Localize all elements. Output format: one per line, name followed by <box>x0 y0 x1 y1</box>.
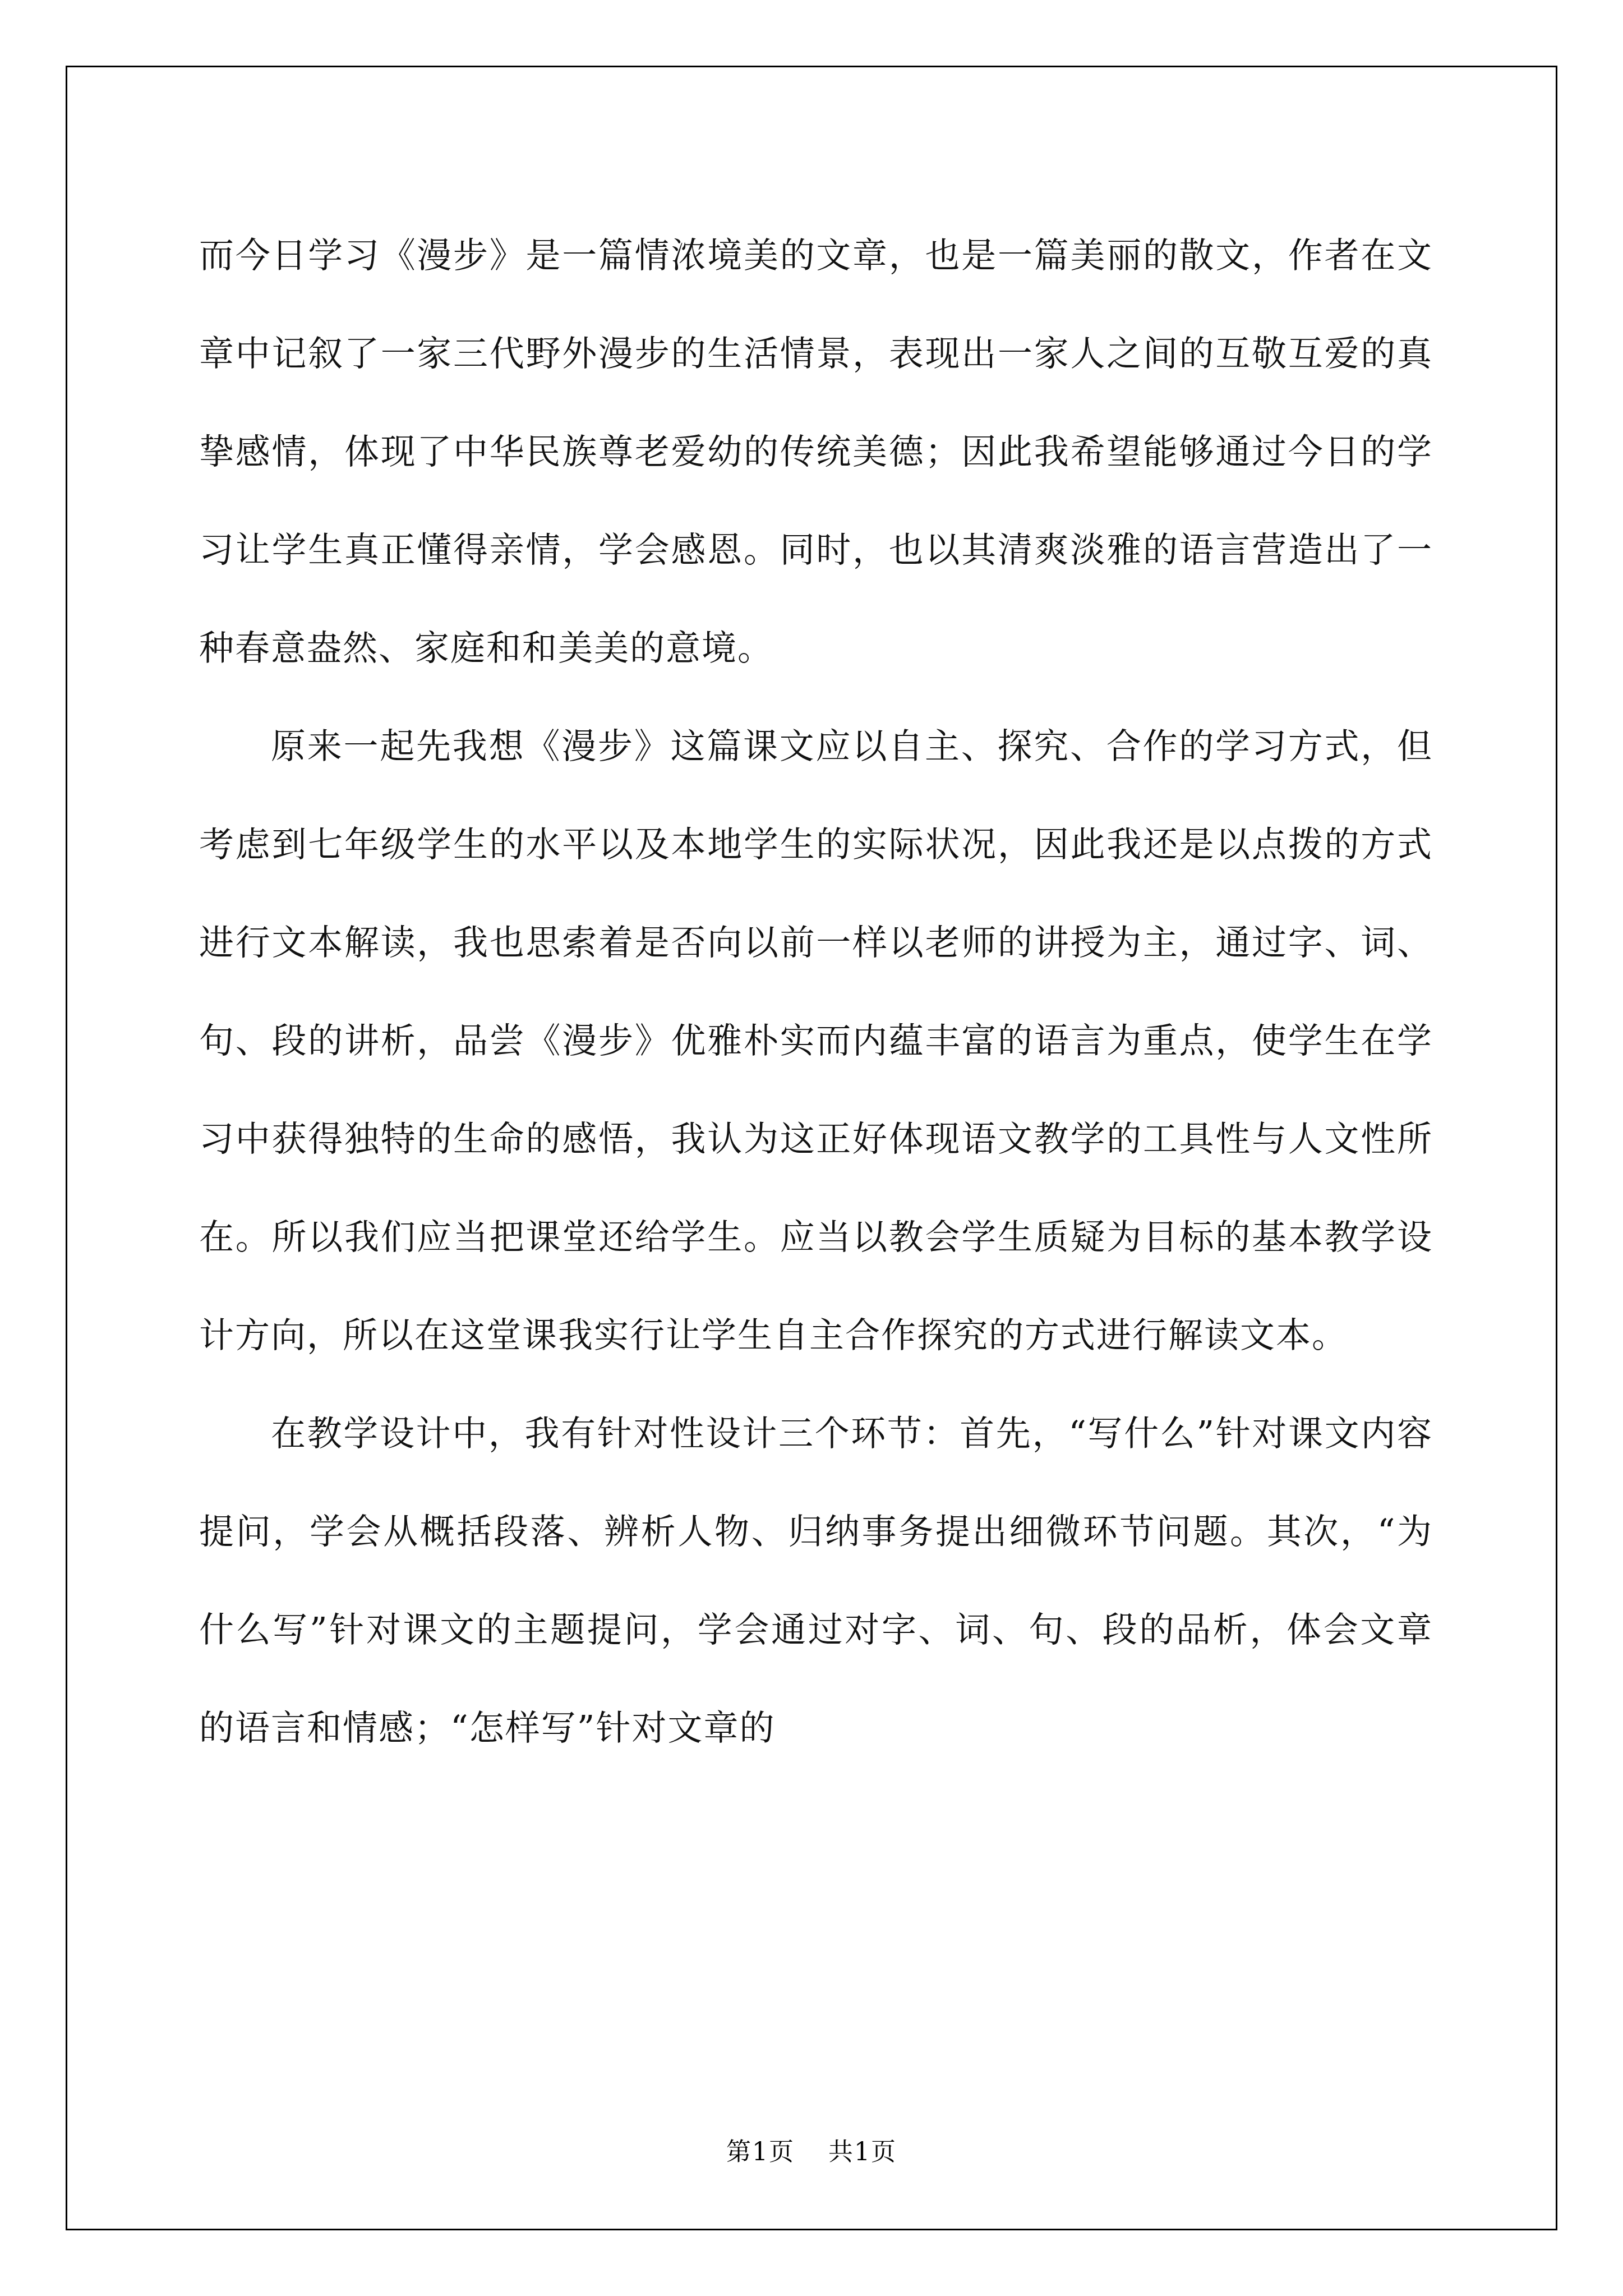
document-body: 而今日学习《漫步》是一篇情浓境美的文章，也是一篇美丽的散文，作者在文章中记叙了一… <box>199 206 1433 1777</box>
paragraph-1: 而今日学习《漫步》是一篇情浓境美的文章，也是一篇美丽的散文，作者在文章中记叙了一… <box>199 206 1433 697</box>
total-pages-label: 共1页 <box>828 2132 897 2168</box>
current-page-label: 第1页 <box>726 2132 795 2168</box>
page-footer: 第1页共1页 <box>0 2132 1623 2168</box>
paragraph-2: 原来一起先我想《漫步》这篇课文应以自主、探究、合作的学习方式，但考虑到七年级学生… <box>199 697 1433 1384</box>
paragraph-3: 在教学设计中，我有针对性设计三个环节：首先，“写什么”针对课文内容提问，学会从概… <box>199 1384 1433 1777</box>
